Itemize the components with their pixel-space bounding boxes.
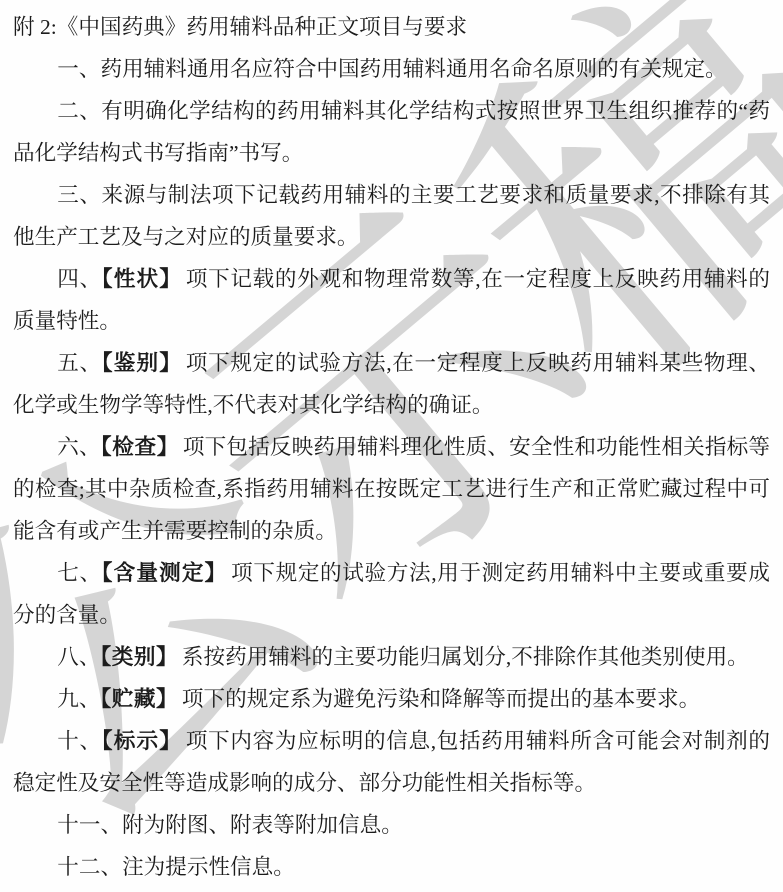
paragraph-keyword: 【检查】 — [101, 435, 179, 459]
paragraph-text: 附为附图、附表等附加信息。 — [122, 813, 403, 837]
document-content: 附 2:《中国药典》药用辅料品种正文项目与要求 一、药用辅料通用名应符合中国药用… — [0, 0, 783, 888]
paragraph-number: 六、 — [57, 435, 101, 459]
document-page: 公示稿 附 2:《中国药典》药用辅料品种正文项目与要求 一、药用辅料通用名应符合… — [0, 0, 783, 892]
paragraph-number: 三、 — [57, 183, 101, 207]
paragraph-text: 系按药用辅料的主要功能归属划分,不排除作其他类别使用。 — [182, 645, 749, 669]
paragraph: 十、【标示】项下内容为应标明的信息,包括药用辅料所含可能会对制剂的稳定性及安全性… — [13, 720, 770, 804]
paragraph: 七、【含量测定】项下规定的试验方法,用于测定药用辅料中主要或重要成分的含量。 — [13, 552, 770, 636]
paragraph-number: 五、 — [57, 351, 102, 375]
paragraph-number: 一、 — [57, 57, 100, 81]
paragraph: 二、有明确化学结构的药用辅料其化学结构式按照世界卫生组织推荐的“药品化学结构式书… — [13, 90, 770, 174]
paragraph-text: 注为提示性信息。 — [122, 855, 295, 879]
paragraph-number: 四、 — [57, 267, 102, 291]
paragraph-keyword: 【类别】 — [100, 645, 178, 669]
paragraph: 十一、附为附图、附表等附加信息。 — [13, 804, 770, 846]
paragraph: 四、【性状】项下记载的外观和物理常数等,在一定程度上反映药用辅料的质量特性。 — [13, 258, 770, 342]
paragraph-text: 药用辅料通用名应符合中国药用辅料通用名命名原则的有关规定。 — [100, 57, 726, 81]
paragraph-keyword: 【鉴别】 — [102, 351, 182, 375]
paragraph: 三、来源与制法项下记载药用辅料的主要工艺要求和质量要求,不排除有其他生产工艺及与… — [13, 174, 770, 258]
document-body: 一、药用辅料通用名应符合中国药用辅料通用名命名原则的有关规定。二、有明确化学结构… — [13, 48, 770, 888]
paragraph: 十二、注为提示性信息。 — [13, 846, 770, 888]
paragraph-keyword: 【性状】 — [102, 267, 182, 291]
paragraph-text: 来源与制法项下记载药用辅料的主要工艺要求和质量要求,不排除有其他生产工艺及与之对… — [13, 183, 770, 249]
paragraph: 六、【检查】项下包括反映药用辅料理化性质、安全性和功能性相关指标等的检查;其中杂… — [13, 426, 770, 552]
paragraph: 五、【鉴别】项下规定的试验方法,在一定程度上反映药用辅料某些物理、化学或生物学等… — [13, 342, 770, 426]
paragraph-text: 项下的规定系为避免污染和降解等而提出的基本要求。 — [182, 687, 700, 711]
paragraph-keyword: 【标示】 — [102, 729, 182, 753]
paragraph-text: 有明确化学结构的药用辅料其化学结构式按照世界卫生组织推荐的“药品化学结构式书写指… — [13, 99, 770, 165]
paragraph-number: 七、 — [57, 561, 101, 585]
paragraph-number: 二、 — [57, 99, 101, 123]
paragraph-number: 八、 — [57, 645, 100, 669]
paragraph-keyword: 【含量测定】 — [102, 561, 228, 585]
paragraph-keyword: 【贮藏】 — [100, 687, 178, 711]
page-title: 附 2:《中国药典》药用辅料品种正文项目与要求 — [13, 6, 770, 48]
paragraph-number: 十二、 — [57, 855, 122, 879]
paragraph: 八、【类别】系按药用辅料的主要功能归属划分,不排除作其他类别使用。 — [13, 636, 770, 678]
paragraph: 一、药用辅料通用名应符合中国药用辅料通用名命名原则的有关规定。 — [13, 48, 770, 90]
paragraph-number: 十、 — [57, 729, 102, 753]
paragraph: 九、【贮藏】项下的规定系为避免污染和降解等而提出的基本要求。 — [13, 678, 770, 720]
paragraph-number: 十一、 — [57, 813, 122, 837]
paragraph-number: 九、 — [57, 687, 100, 711]
